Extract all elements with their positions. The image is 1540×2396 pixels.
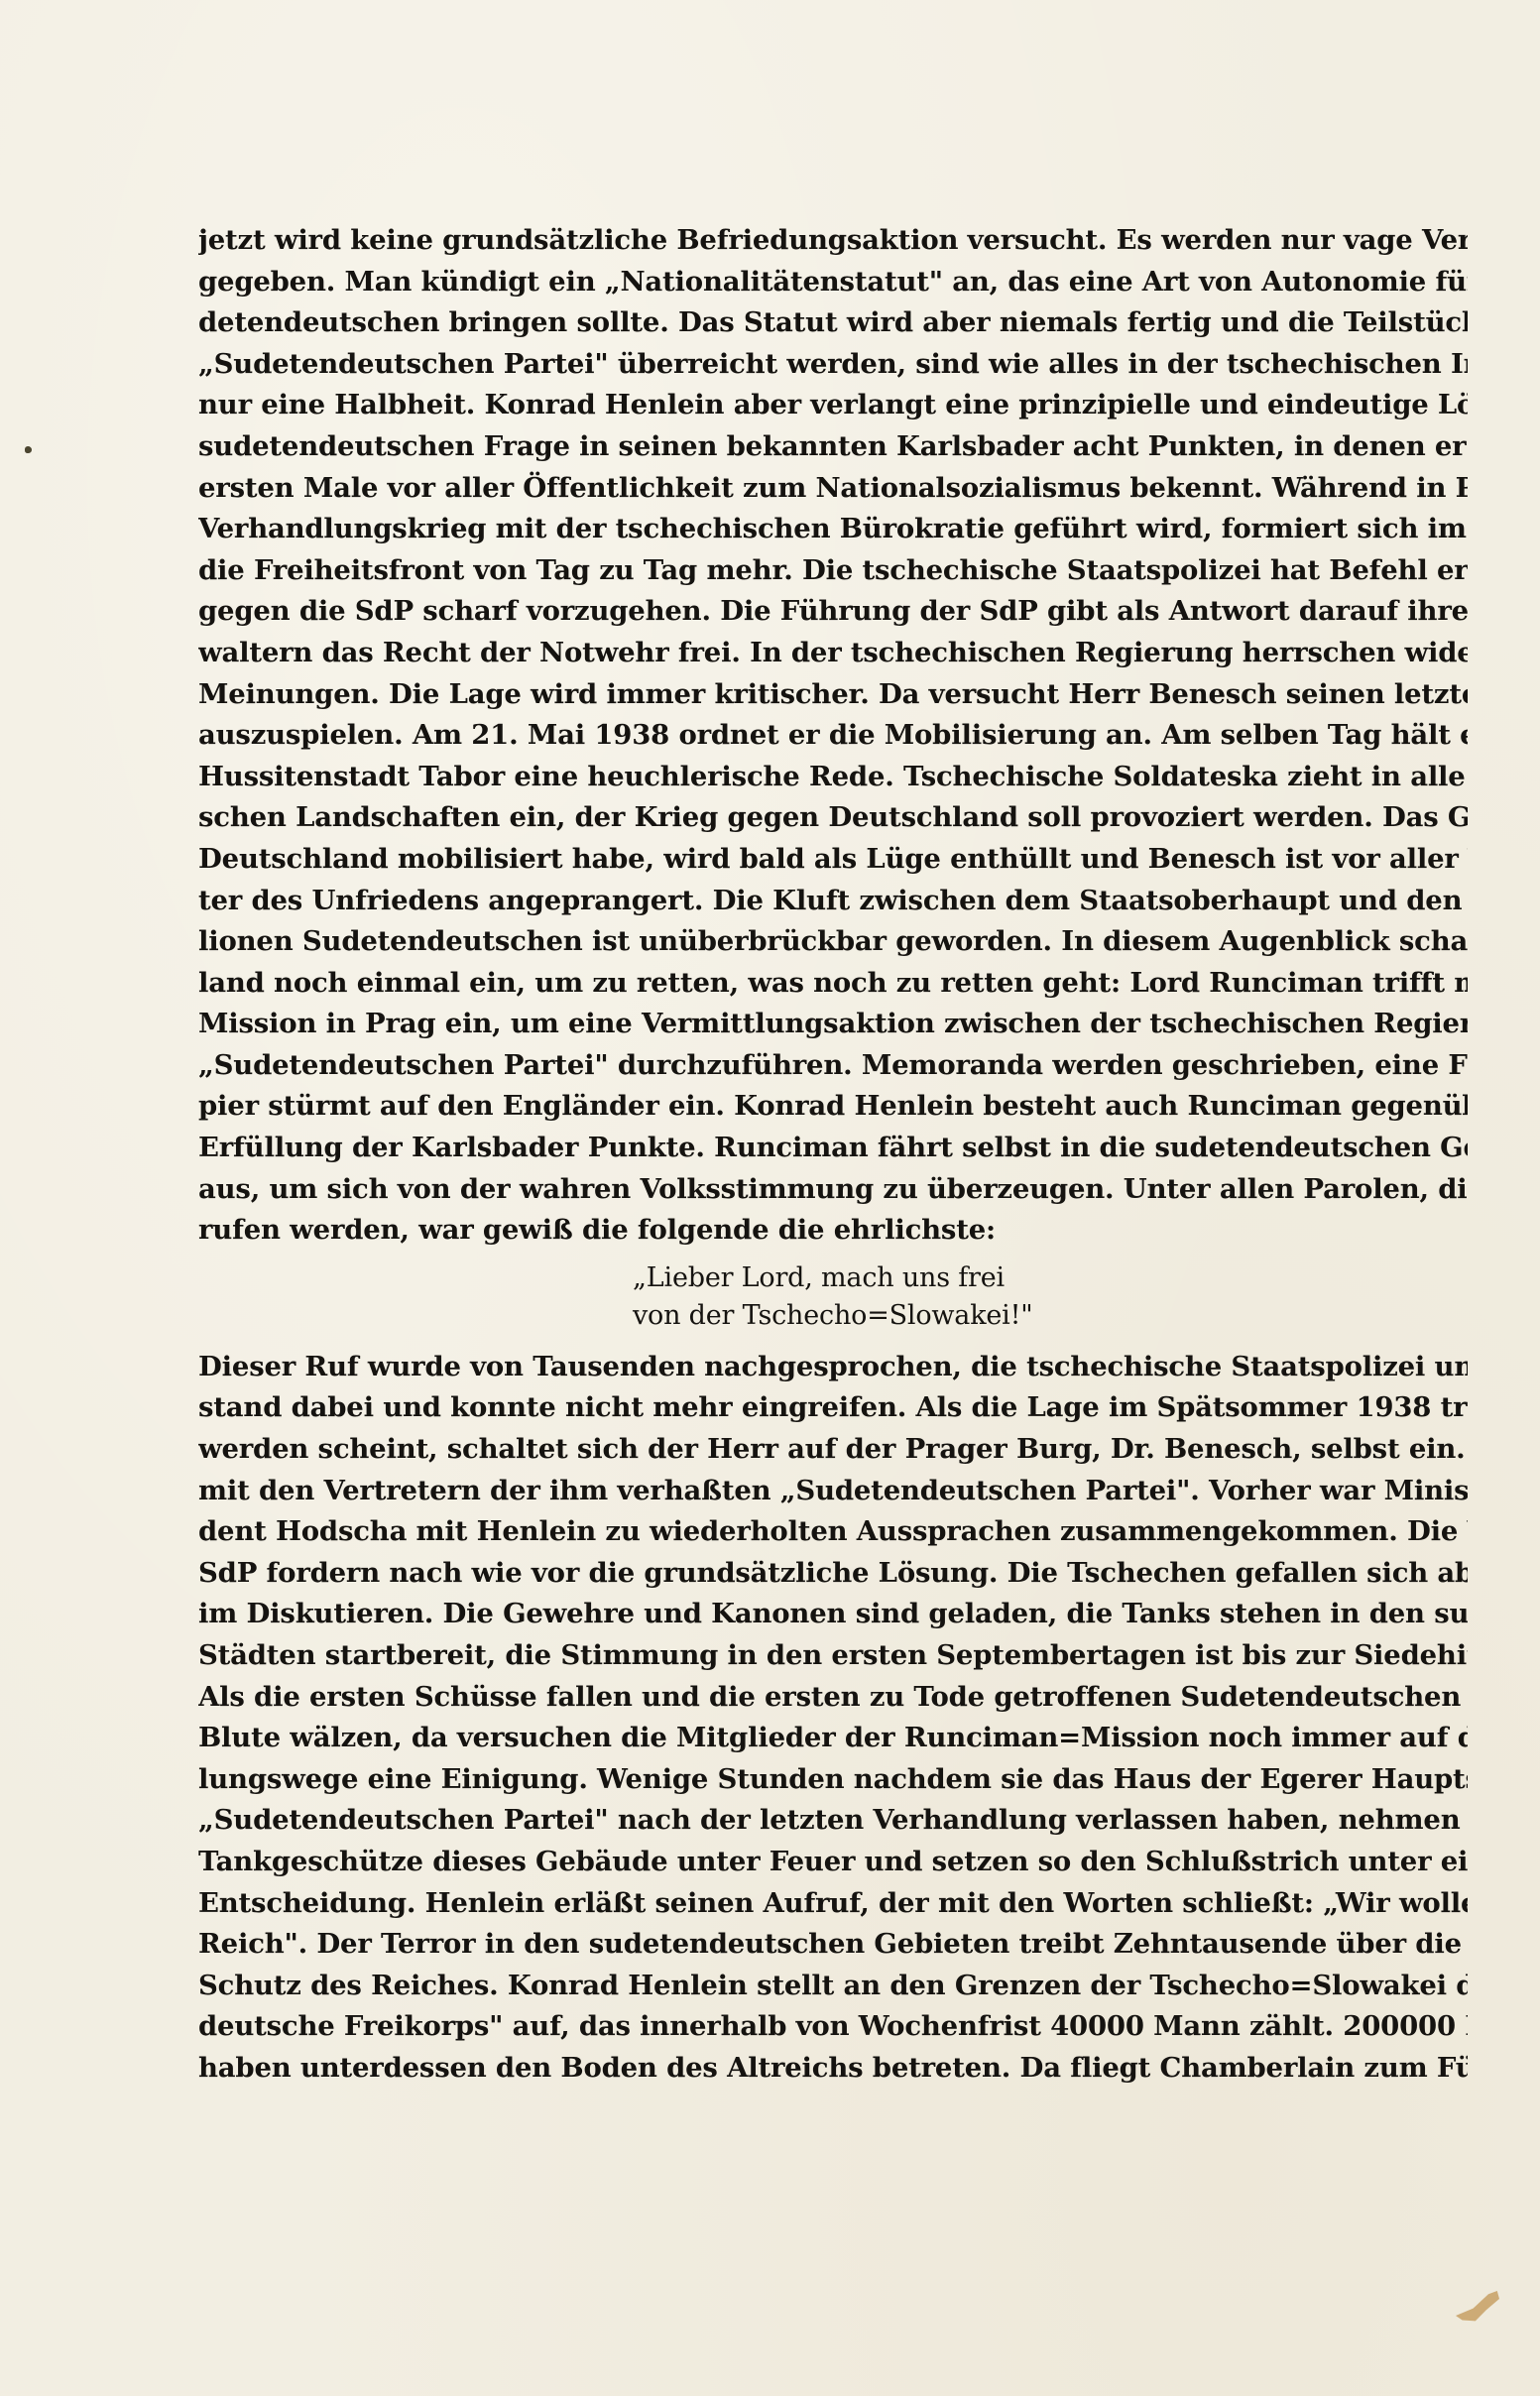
text-line: Meinungen. Die Lage wird immer kritische… <box>198 674 1468 716</box>
text-line: Entscheidung. Henlein erläßt seinen Aufr… <box>198 1883 1468 1925</box>
text-line: „Sudetendeutschen Partei" überreicht wer… <box>198 344 1468 386</box>
block-quote: „Lieber Lord, mach uns frei von der Tsch… <box>198 1259 1468 1335</box>
text-line: detendeutschen bringen sollte. Das Statu… <box>198 302 1468 344</box>
text-line: Verhandlungskrieg mit der tschechischen … <box>198 509 1468 550</box>
text-line: SdP fordern nach wie vor die grundsätzli… <box>198 1553 1468 1595</box>
text-line: schen Landschaften ein, der Krieg gegen … <box>198 797 1468 839</box>
page-body: jetzt wird keine grundsätzliche Befriedu… <box>198 220 1468 2090</box>
text-line: rufen werden, war gewiß die folgende die… <box>198 1210 1468 1252</box>
text-line: Städten startbereit, die Stimmung in den… <box>198 1635 1468 1677</box>
text-line: Mission in Prag ein, um eine Vermittlung… <box>198 1004 1468 1045</box>
text-line: gegen die SdP scharf vorzugehen. Die Füh… <box>198 591 1468 633</box>
text-line: Blute wälzen, da versuchen die Mitgliede… <box>198 1718 1468 1759</box>
text-line: Dieser Ruf wurde von Tausenden nachgespr… <box>198 1347 1468 1388</box>
quote-line: von der Tschecho=Slowakei!" <box>198 1297 1468 1335</box>
text-line: im Diskutieren. Die Gewehre und Kanonen … <box>198 1594 1468 1635</box>
text-line: aus, um sich von der wahren Volksstimmun… <box>198 1169 1468 1211</box>
text-line: „Sudetendeutschen Partei" nach der letzt… <box>198 1800 1468 1842</box>
paragraph-1: jetzt wird keine grundsätzliche Befriedu… <box>198 220 1468 1252</box>
text-line: stand dabei und konnte nicht mehr eingre… <box>198 1387 1468 1429</box>
text-line: ter des Unfriedens angeprangert. Die Klu… <box>198 881 1468 922</box>
text-line: pier stürmt auf den Engländer ein. Konra… <box>198 1086 1468 1128</box>
text-line: land noch einmal ein, um zu retten, was … <box>198 963 1468 1005</box>
text-line: waltern das Recht der Notwehr frei. In d… <box>198 633 1468 674</box>
text-line: gegeben. Man kündigt ein „Nationalitäten… <box>198 262 1468 303</box>
text-line: Hussitenstadt Tabor eine heuchlerische R… <box>198 757 1468 798</box>
text-line: auszuspielen. Am 21. Mai 1938 ordnet er … <box>198 715 1468 757</box>
text-line: haben unterdessen den Boden des Altreich… <box>198 2048 1468 2090</box>
text-line: mit den Vertretern der ihm verhaßten „Su… <box>198 1471 1468 1512</box>
text-line: Erfüllung der Karlsbader Punkte. Runcima… <box>198 1128 1468 1169</box>
text-line: deutsche Freikorps" auf, das innerhalb v… <box>198 2006 1468 2048</box>
text-line: sudetendeutschen Frage in seinen bekannt… <box>198 426 1468 468</box>
paragraph-2: Dieser Ruf wurde von Tausenden nachgespr… <box>198 1347 1468 2090</box>
text-line: die Freiheitsfront von Tag zu Tag mehr. … <box>198 550 1468 592</box>
quote-line: „Lieber Lord, mach uns frei <box>198 1259 1468 1297</box>
text-line: jetzt wird keine grundsätzliche Befriedu… <box>198 220 1468 262</box>
text-line: Deutschland mobilisiert habe, wird bald … <box>198 839 1468 881</box>
text-line: lionen Sudetendeutschen ist unüberbrückb… <box>198 921 1468 963</box>
text-line: werden scheint, schaltet sich der Herr a… <box>198 1429 1468 1471</box>
text-line: Schutz des Reiches. Konrad Henlein stell… <box>198 1966 1468 2007</box>
paper-speck <box>25 446 32 453</box>
text-line: Tankgeschütze dieses Gebäude unter Feuer… <box>198 1842 1468 1883</box>
text-line: lungswege eine Einigung. Wenige Stunden … <box>198 1759 1468 1801</box>
text-line: nur eine Halbheit. Konrad Henlein aber v… <box>198 385 1468 426</box>
text-line: dent Hodscha mit Henlein zu wiederholten… <box>198 1511 1468 1553</box>
text-line: Reich". Der Terror in den sudetendeutsch… <box>198 1924 1468 1966</box>
text-line: Als die ersten Schüsse fallen und die er… <box>198 1677 1468 1719</box>
text-line: ersten Male vor aller Öffentlichkeit zum… <box>198 468 1468 510</box>
text-line: „Sudetendeutschen Partei" durchzuführen.… <box>198 1045 1468 1087</box>
